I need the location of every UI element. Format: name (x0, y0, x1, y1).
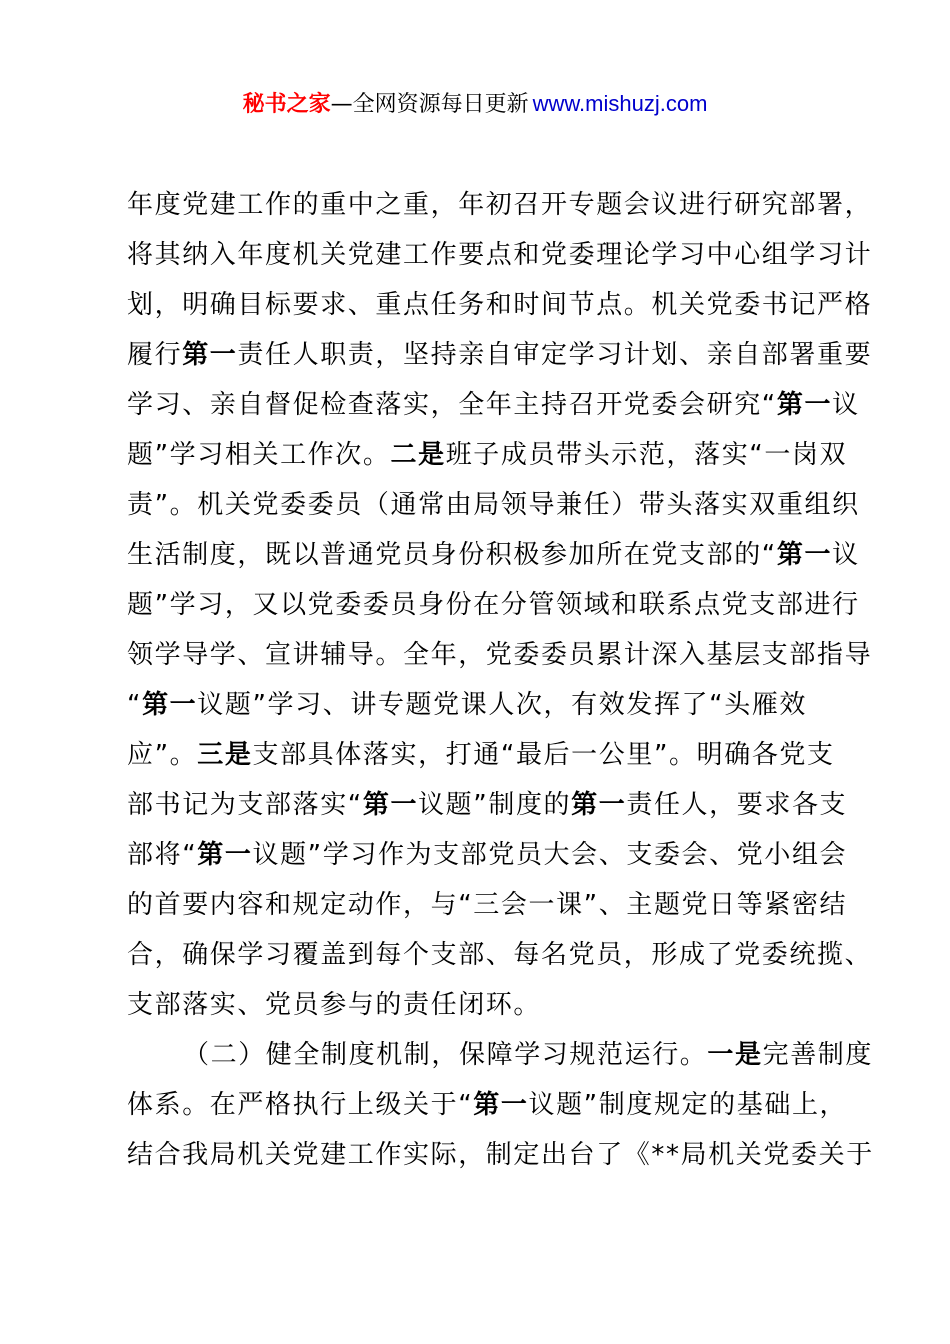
bold-text: 第一 (777, 540, 832, 570)
text-segment: 部将“ (127, 840, 197, 870)
text-segment: 题”学习相关工作次。 (127, 440, 390, 470)
text-segment: 议题”制度的 (418, 790, 571, 820)
text-segment: 领学导学、宣讲辅导。全年，党委委员累计深入基层支部指导 (127, 640, 872, 670)
text-segment: 完善制度 (763, 1040, 873, 1070)
text-line: 领学导学、宣讲辅导。全年，党委委员累计深入基层支部指导 (127, 630, 833, 680)
text-segment: 体系。在严格执行上级关于“ (127, 1090, 473, 1120)
text-segment: 议 (832, 390, 860, 420)
text-segment: 部书记为支部落实“ (127, 790, 363, 820)
text-segment: 责任人职责，坚持亲自审定学习计划、亲自部署重要 (237, 340, 872, 370)
text-segment: 年度党建工作的重中之重，年初召开专题会议进行研究部署， (127, 190, 872, 220)
text-segment: 结合我局机关党建工作实际，制定出台了《**局机关党委关于 (127, 1140, 874, 1170)
text-line: 生活制度，既以普通党员身份积极参加所在党支部的“第一议 (127, 530, 833, 580)
text-line: “第一议题”学习、讲专题党课人次，有效发挥了“头雁效 (127, 680, 833, 730)
text-segment: 合，确保学习覆盖到每个支部、每名党员，形成了党委统揽、 (127, 940, 872, 970)
text-line: 将其纳入年度机关党建工作要点和党委理论学习中心组学习计 (127, 230, 833, 280)
bold-text: 第一 (777, 390, 832, 420)
text-line: 体系。在严格执行上级关于“第一议题”制度规定的基础上， (127, 1080, 833, 1130)
bold-text: 第一 (182, 340, 237, 370)
text-line: 题”学习，又以党委委员身份在分管领域和联系点党支部进行 (127, 580, 833, 630)
text-segment: （二）健全制度机制，保障学习规范运行。 (183, 1040, 707, 1070)
text-line: 部书记为支部落实“第一议题”制度的第一责任人，要求各支 (127, 780, 833, 830)
text-line: 年度党建工作的重中之重，年初召开专题会议进行研究部署， (127, 180, 833, 230)
bold-text: 第一 (363, 790, 418, 820)
text-line: 支部落实、党员参与的责任闭环。 (127, 980, 833, 1030)
text-line: 部将“第一议题”学习作为支部党员大会、支委会、党小组会 (127, 830, 833, 880)
text-line: 责”。机关党委委员（通常由局领导兼任）带头落实双重组织 (127, 480, 833, 530)
text-line: 应”。三是支部具体落实，打通“最后一公里”。明确各党支 (127, 730, 833, 780)
page-header: 秘书之家—全网资源每日更新www.mishuzj.com (0, 86, 950, 123)
text-segment: 将其纳入年度机关党建工作要点和党委理论学习中心组学习计 (127, 240, 872, 270)
text-segment: 生活制度，既以普通党员身份积极参加所在党支部的“ (127, 540, 777, 570)
text-line: 合，确保学习覆盖到每个支部、每名党员，形成了党委统揽、 (127, 930, 833, 980)
text-segment: 支部落实、党员参与的责任闭环。 (127, 990, 541, 1020)
bold-text: 二是 (390, 440, 445, 470)
text-segment: 议 (832, 540, 860, 570)
bold-text: 第一 (571, 790, 626, 820)
text-line: 结合我局机关党建工作实际，制定出台了《**局机关党委关于 (127, 1130, 833, 1180)
text-line: 学习、亲自督促检查落实，全年主持召开党委会研究“第一议 (127, 380, 833, 430)
text-segment: 学习、亲自督促检查落实，全年主持召开党委会研究“ (127, 390, 777, 420)
bold-text: 一是 (707, 1040, 762, 1070)
bold-text: 第一 (142, 690, 197, 720)
bold-text: 第一 (197, 840, 252, 870)
text-segment: 责任人，要求各支 (626, 790, 847, 820)
brand-name: 秘书之家 (243, 92, 331, 117)
bold-text: 三是 (197, 740, 252, 770)
text-line: 的首要内容和规定动作，与“三会一课”、主题党日等紧密结 (127, 880, 833, 930)
text-segment: “ (127, 690, 142, 720)
header-tagline: —全网资源每日更新 (331, 92, 529, 117)
text-segment: 责”。机关党委委员（通常由局领导兼任）带头落实双重组织 (127, 490, 860, 520)
text-segment: 班子成员带头示范，落实“一岗双 (446, 440, 847, 470)
text-segment: 议题”制度规定的基础上， (528, 1090, 847, 1120)
text-segment: 应”。 (127, 740, 197, 770)
text-line: 履行第一责任人职责，坚持亲自审定学习计划、亲自部署重要 (127, 330, 833, 380)
text-line: 划，明确目标要求、重点任务和时间节点。机关党委书记严格 (127, 280, 833, 330)
text-segment: 题”学习，又以党委委员身份在分管领域和联系点党支部进行 (127, 590, 860, 620)
document-body: 年度党建工作的重中之重，年初召开专题会议进行研究部署，将其纳入年度机关党建工作要… (127, 180, 833, 1180)
text-line: （二）健全制度机制，保障学习规范运行。一是完善制度 (127, 1030, 833, 1080)
text-segment: 划，明确目标要求、重点任务和时间节点。机关党委书记严格 (127, 290, 872, 320)
text-segment: 履行 (127, 340, 182, 370)
text-line: 题”学习相关工作次。二是班子成员带头示范，落实“一岗双 (127, 430, 833, 480)
text-segment: 的首要内容和规定动作，与“三会一课”、主题党日等紧密结 (127, 890, 847, 920)
text-segment: 议题”学习作为支部党员大会、支委会、党小组会 (252, 840, 847, 870)
text-segment: 议题”学习、讲专题党课人次，有效发挥了“头雁效 (197, 690, 807, 720)
bold-text: 第一 (473, 1090, 528, 1120)
site-url-link[interactable]: www.mishuzj.com (533, 91, 708, 116)
text-segment: 支部具体落实，打通“最后一公里”。明确各党支 (252, 740, 834, 770)
